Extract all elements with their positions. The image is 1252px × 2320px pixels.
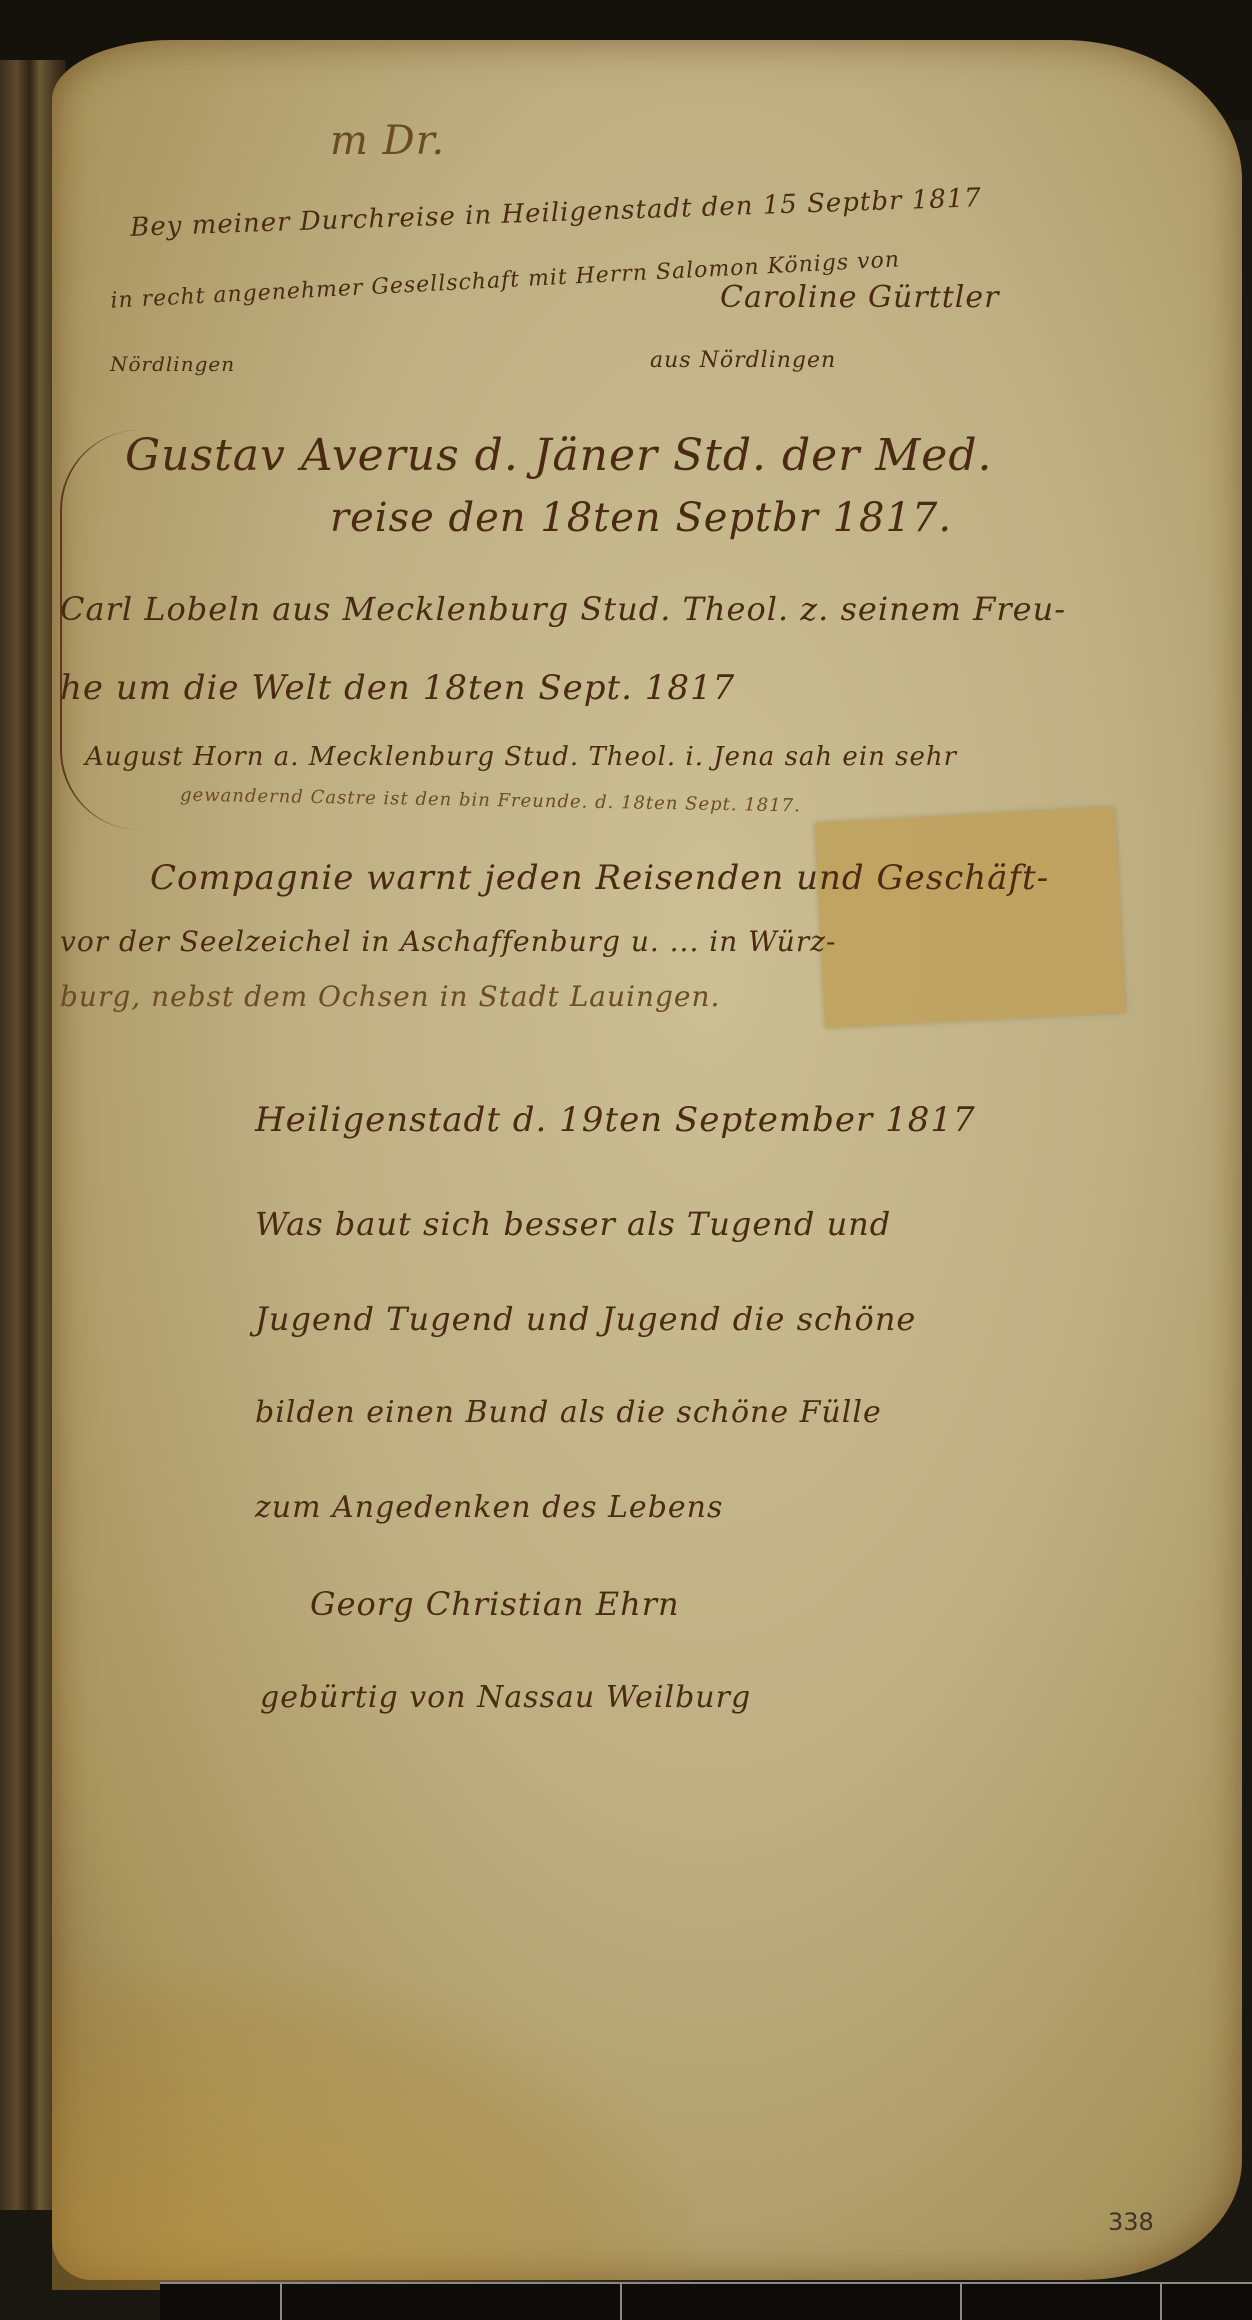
scale-ruler [160,2282,1252,2320]
entry-6-line-4: bilden einen Bund als die schöne Fülle [255,1395,882,1430]
paper-patch [815,807,1125,1027]
header-mark: m Dr. [330,118,445,164]
entry-5-line-1: Compagnie warnt jeden Reisenden und Gesc… [150,858,1049,898]
entry-5-line-2: vor der Seelzeichel in Aschaffenburg u. … [60,925,836,958]
entry-2-line-2: reise den 18ten Septbr 1817. [330,495,952,541]
page-number: 338 [1108,2208,1154,2236]
entry-6-line-5: zum Angedenken des Lebens [255,1490,723,1525]
manuscript-page [52,40,1242,2280]
entry-3-line-2: he um die Welt den 18ten Sept. 1817 [60,668,735,708]
entry-6-line-3: Jugend Tugend und Jugend die schöne [255,1300,916,1338]
entry-3-line-1: Carl Lobeln aus Mecklenburg Stud. Theol.… [60,590,1066,628]
entry-1-origin: aus Nördlingen [650,348,836,373]
entry-6-signature: Georg Christian Ehrn [310,1585,680,1623]
entry-1-signature: Caroline Gürttler [720,280,999,315]
entry-1-line-3: Nördlingen [110,352,235,376]
entry-4-line-1: August Horn a. Mecklenburg Stud. Theol. … [85,742,957,772]
entry-5-line-3: burg, nebst dem Ochsen in Stadt Lauingen… [60,980,720,1013]
entry-2-line-1: Gustav Averus d. Jäner Std. der Med. [125,430,993,481]
entry-6-line-1: Heiligenstadt d. 19ten September 1817 [255,1100,976,1140]
entry-6-line-2: Was baut sich besser als Tugend und [255,1205,891,1243]
entry-6-origin: gebürtig von Nassau Weilburg [260,1680,751,1715]
